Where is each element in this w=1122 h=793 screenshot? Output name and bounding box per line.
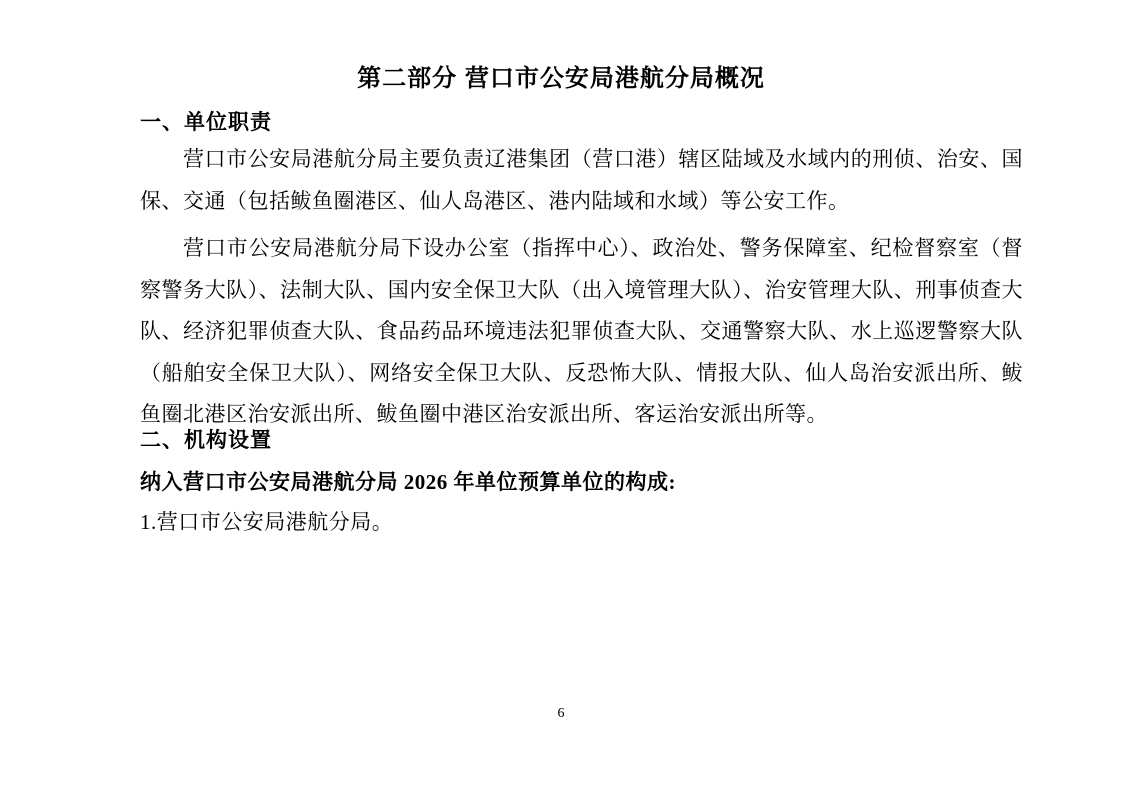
budget-unit-list-item: 1.营口市公安局港航分局。 [140, 508, 1023, 536]
document-page: 第二部分 营口市公安局港航分局概况 一、单位职责 营口市公安局港航分局主要负责辽… [0, 0, 1122, 793]
page-number: 6 [0, 705, 1122, 723]
unit-duties-paragraph-2: 营口市公安局港航分局下设办公室（指挥中心）、政治处、警务保障室、纪检督察室（督察… [140, 228, 1023, 436]
budget-unit-composition-line: 纳入营口市公安局港航分局 2026 年单位预算单位的构成: [140, 468, 1023, 496]
section-heading-organization-setup: 二、机构设置 [140, 429, 1023, 453]
unit-duties-paragraph-1: 营口市公安局港航分局主要负责辽港集团（营口港）辖区陆域及水域内的刑侦、治安、国保… [140, 139, 1023, 222]
section-heading-unit-duties: 一、单位职责 [140, 111, 1023, 135]
document-title: 第二部分 营口市公安局港航分局概况 [0, 64, 1122, 94]
